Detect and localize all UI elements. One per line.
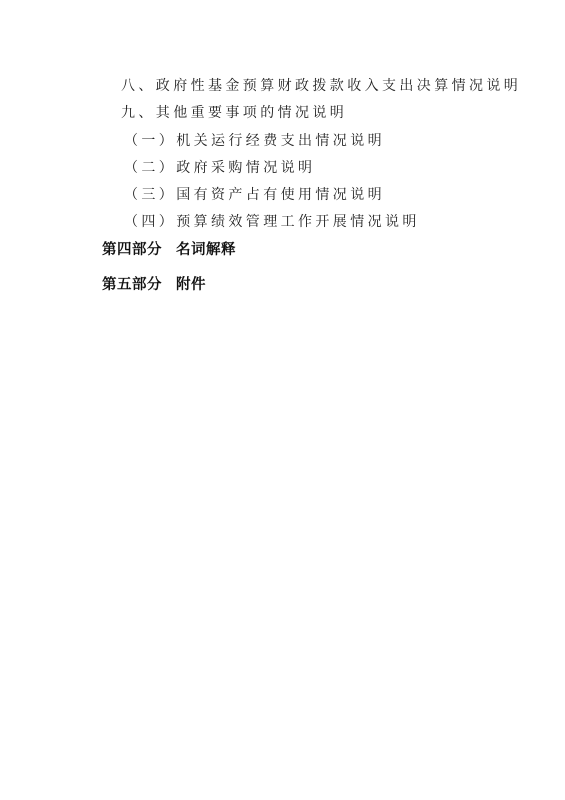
toc-subitem-agency-operating-expenses: （一）机关运行经费支出情况说明 xyxy=(124,132,385,150)
part-five-heading: 第五部分附件 xyxy=(102,276,206,294)
toc-subitem-government-procurement: （二）政府采购情况说明 xyxy=(124,159,315,177)
part-five-label: 第五部分 xyxy=(102,277,162,293)
part-four-label: 第四部分 xyxy=(102,242,162,258)
toc-subitem-performance-management: （四）预算绩效管理工作开展情况说明 xyxy=(124,213,420,231)
toc-subitem-state-assets: （三）国有资产占有使用情况说明 xyxy=(124,186,385,204)
document-page: 八、政府性基金预算财政拨款收入支出决算情况说明 九、其他重要事项的情况说明 （一… xyxy=(0,0,565,800)
toc-item-government-fund-budget: 八、政府性基金预算财政拨款收入支出决算情况说明 xyxy=(121,77,521,95)
part-four-title: 名词解释 xyxy=(176,242,236,258)
part-four-heading: 第四部分名词解释 xyxy=(102,241,236,259)
toc-item-other-important-matters: 九、其他重要事项的情况说明 xyxy=(121,104,347,122)
part-five-title: 附件 xyxy=(176,277,206,293)
